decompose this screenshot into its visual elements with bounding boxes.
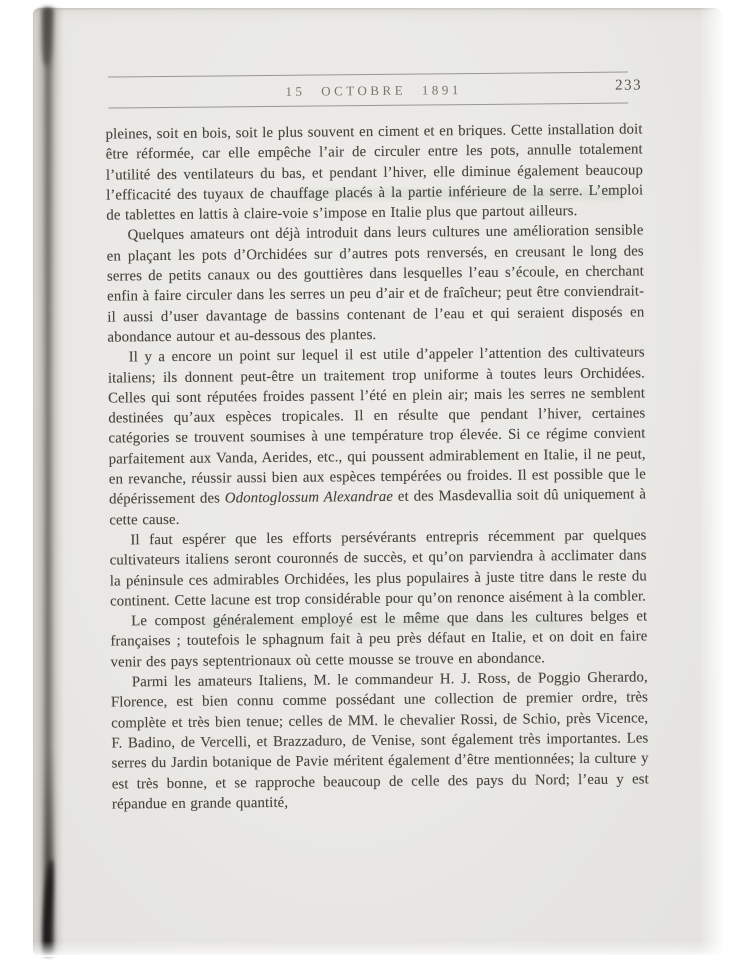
paragraph: Il y a encore un point sur lequel il est… (108, 343, 647, 531)
paragraph-text: Il faut espérer que les efforts persévér… (110, 527, 647, 609)
paragraph-text: Le compost généralement employé est le m… (110, 609, 647, 671)
paragraph: Parmi les amateurs Italiens, M. le comma… (111, 667, 649, 814)
paragraph-text: Il y a encore un point sur lequel il est… (108, 345, 646, 508)
binding-gutter-shadow (32, 8, 68, 955)
paragraph: Quelques amateurs ont déjà introduit dan… (106, 221, 644, 348)
scanned-page: 15 OCTOBRE 1891 233 pleines, soit en boi… (33, 8, 723, 955)
paragraph-text: pleines, soit en bois, soit le plus souv… (105, 121, 643, 223)
issue-date: 15 OCTOBRE 1891 (105, 80, 642, 101)
paragraph: pleines, soit en bois, soit le plus souv… (105, 119, 643, 226)
page-content: 15 OCTOBRE 1891 233 pleines, soit en boi… (105, 71, 649, 814)
page-number: 233 (615, 77, 642, 94)
page-header: 15 OCTOBRE 1891 233 (105, 71, 642, 108)
paragraph: Il faut espérer que les efforts persévér… (109, 525, 647, 611)
binding-streak-shadow (44, 8, 54, 955)
paragraph: Le compost généralement employé est le m… (110, 607, 648, 673)
paragraph-text: Quelques amateurs ont déjà introduit dan… (107, 223, 645, 346)
body-text: pleines, soit en bois, soit le plus souv… (105, 119, 649, 814)
species-name-italic: Odontoglossum Alexandrae (225, 489, 393, 507)
paragraph-text: Parmi les amateurs Italiens, M. le comma… (111, 669, 649, 812)
binding-top-mark (42, 8, 51, 66)
